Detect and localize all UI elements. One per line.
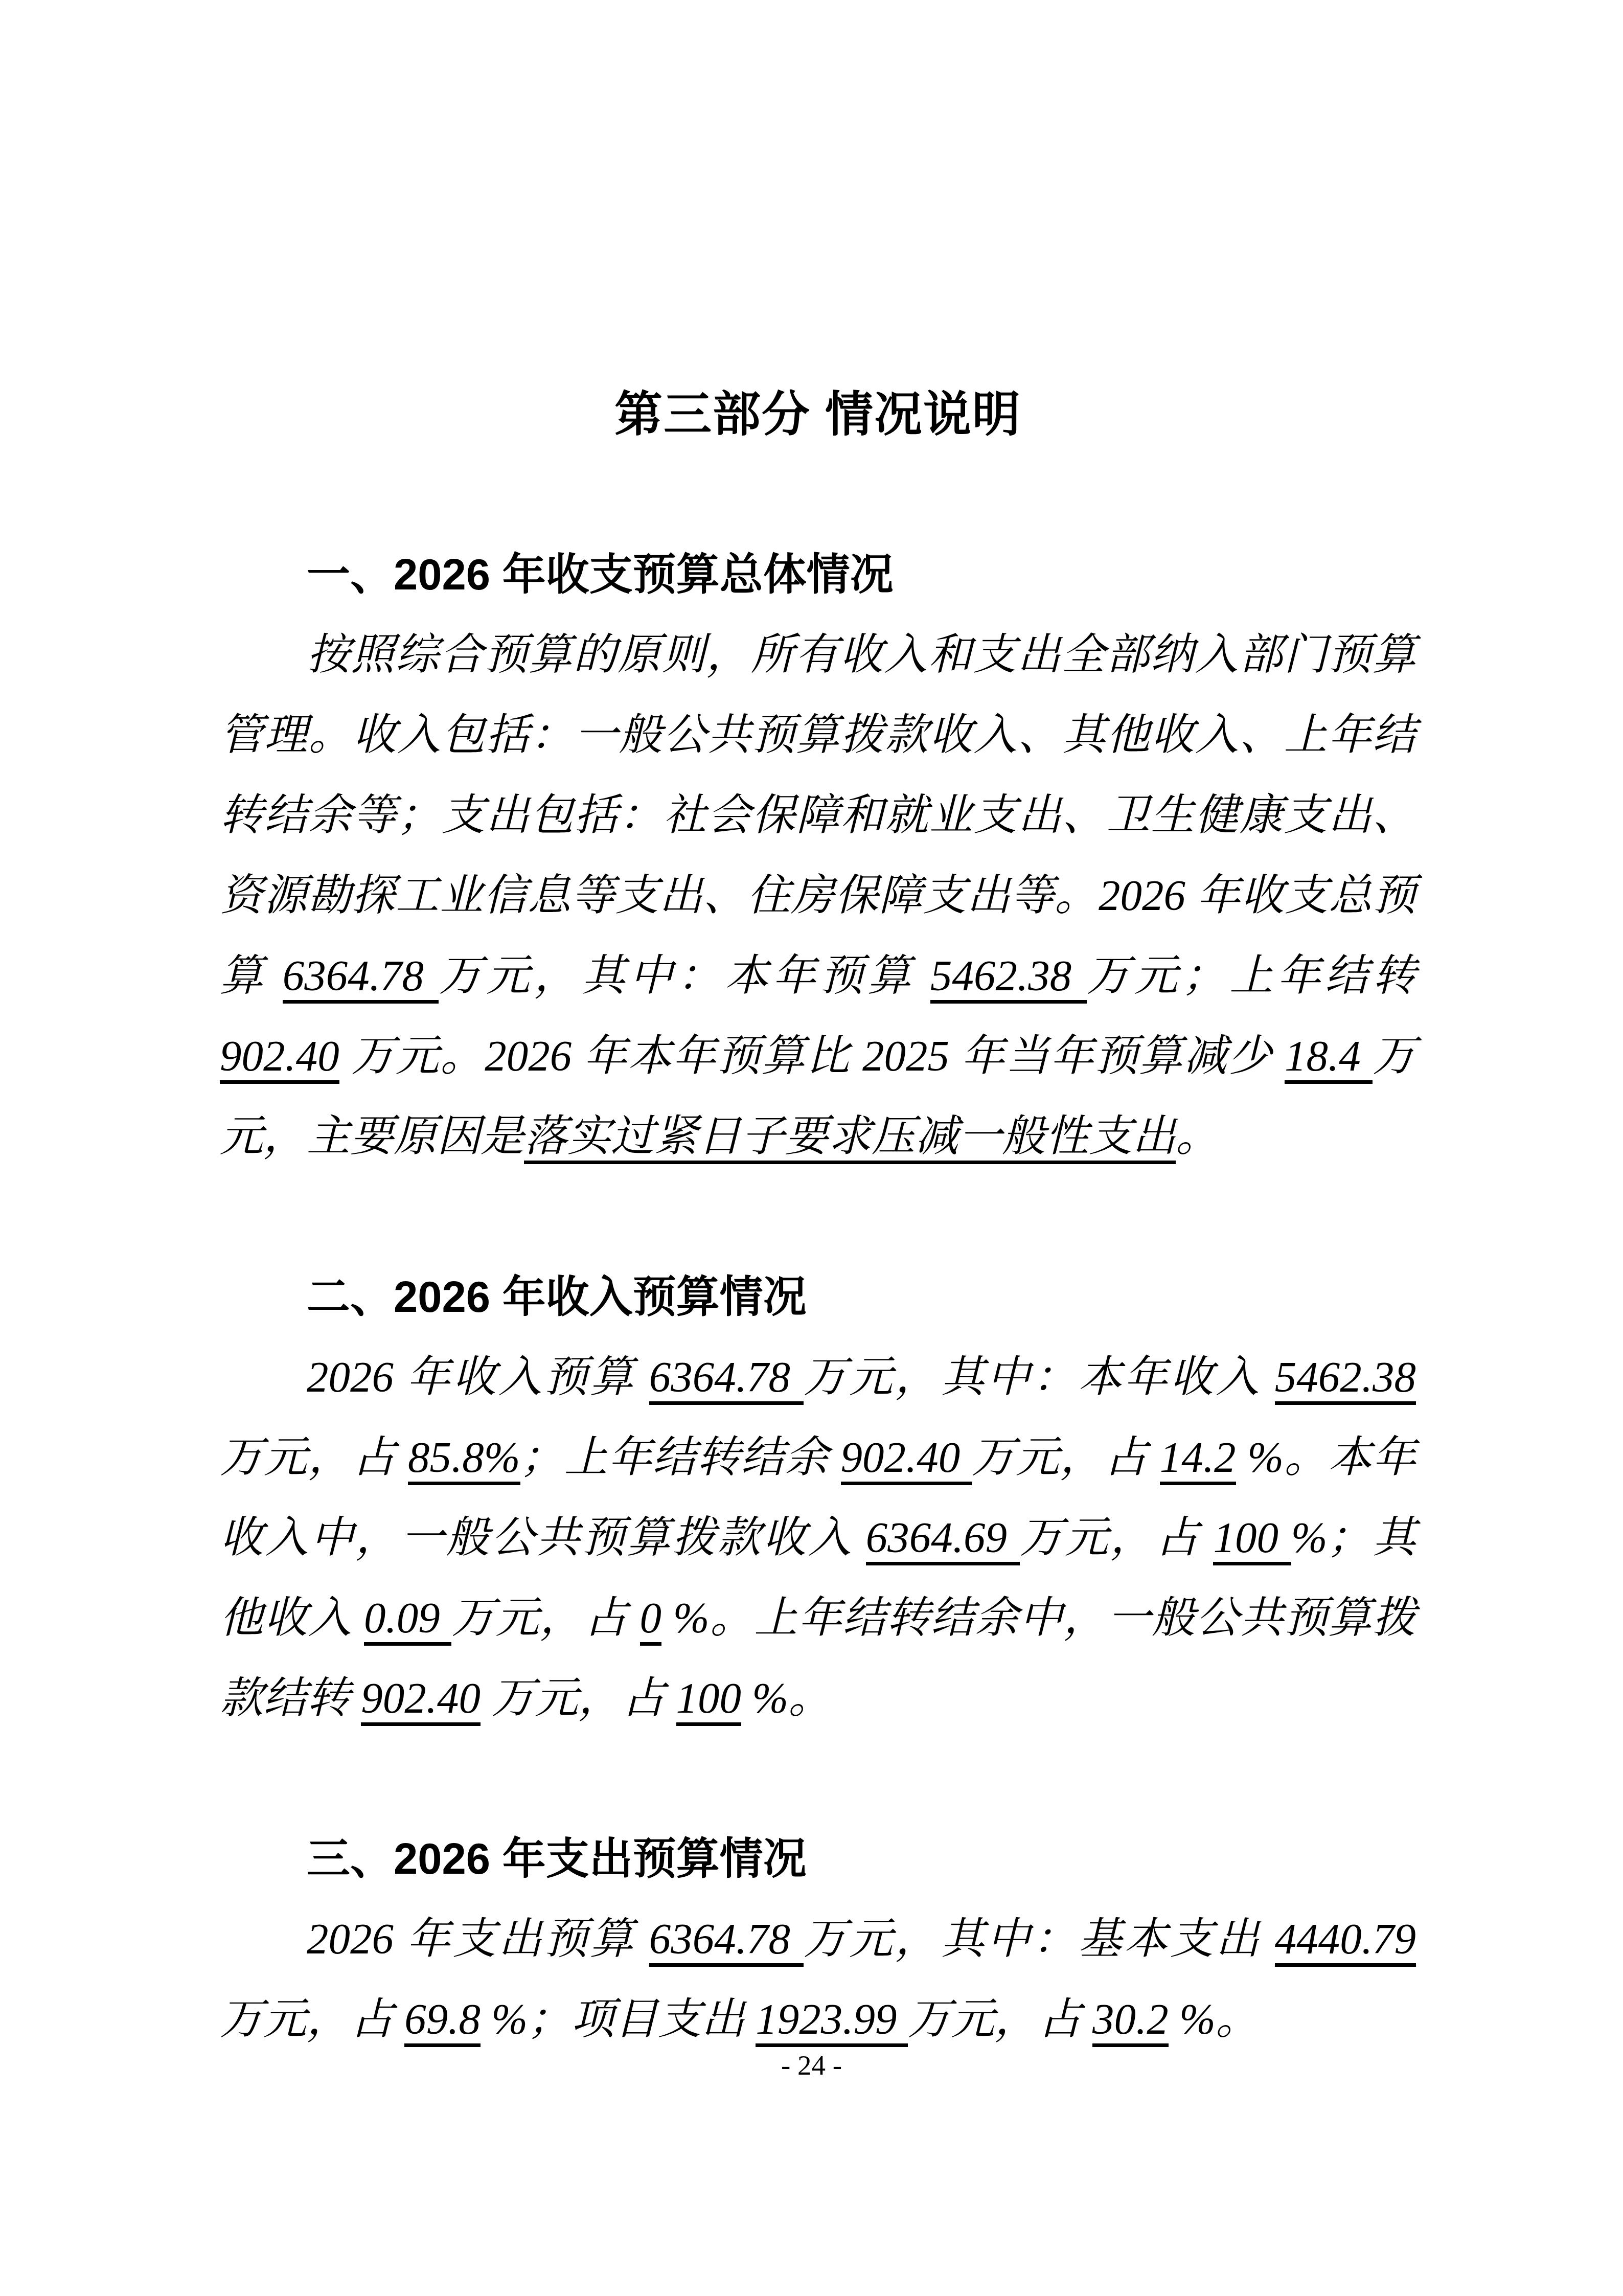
text-run: 万元，占 (451, 1594, 639, 1642)
document-page: 第三部分 情况说明 一、2026 年收支预算总体情况按照综合预算的原则，所有收入… (0, 0, 1623, 2296)
text-run: %；项目支出 (481, 1995, 756, 2043)
section-heading: 三、2026 年支出预算情况 (220, 1819, 1416, 1899)
underlined-value: 0 (640, 1594, 662, 1646)
paragraph: 按照综合预算的原则，所有收入和支出全部纳入部门预算管理。收入包括：一般公共预算拨… (220, 615, 1416, 1177)
text-run: 2026 年收入预算 (307, 1353, 649, 1401)
underlined-value: 902.40 (841, 1434, 972, 1485)
underlined-value: 30.2 (1092, 1995, 1169, 2047)
section-heading: 二、2026 年收入预算情况 (220, 1257, 1416, 1337)
underlined-value: 18.4 (1285, 1032, 1373, 1084)
text-run: 万元，占 (908, 1995, 1092, 2043)
text-run: 万元，占 (220, 1995, 404, 2043)
underlined-value: 6364.78 (649, 1353, 804, 1405)
text-run: 万元，占 (481, 1674, 676, 1722)
section: 一、2026 年收支预算总体情况按照综合预算的原则，所有收入和支出全部纳入部门预… (220, 535, 1416, 1177)
text-run: 万元，占 (972, 1434, 1160, 1482)
text-run: 万元，占 (220, 1434, 408, 1482)
underlined-value: 902.40 (220, 1032, 339, 1084)
underlined-value: 1923.99 (756, 1995, 908, 2047)
sections-container: 一、2026 年收支预算总体情况按照综合预算的原则，所有收入和支出全部纳入部门预… (220, 535, 1416, 2060)
text-run: 万元。2026 年本年预算比 2025 年当年预算减少 (339, 1032, 1285, 1080)
text-run: 万元，其中：基本支出 (804, 1915, 1275, 1963)
underlined-value: 14.2 (1160, 1434, 1236, 1485)
underlined-value: 0.09 (364, 1594, 451, 1646)
underlined-value: 5462.38 (930, 952, 1087, 1004)
text-run: %。 (1169, 1995, 1259, 2043)
text-run: 2026 年支出预算 (307, 1915, 649, 1963)
page-number: - 24 - (0, 2048, 1623, 2083)
underlined-value: 6364.78 (283, 952, 439, 1004)
underlined-value: 6364.78 (649, 1915, 804, 1967)
paragraph: 2026 年收入预算 6364.78 万元，其中：本年收入 5462.38 万元… (220, 1337, 1416, 1739)
text-run: 万元；上年结转 (1087, 952, 1416, 1000)
underlined-value: 4440.79 (1275, 1915, 1416, 1967)
text-run: 万元，其中：本年收入 (804, 1353, 1275, 1401)
page-title: 第三部分 情况说明 (220, 374, 1416, 454)
underlined-value: 100 (1213, 1514, 1291, 1565)
paragraph: 2026 年支出预算 6364.78 万元，其中：基本支出 4440.79 万元… (220, 1899, 1416, 2060)
section-heading: 一、2026 年收支预算总体情况 (220, 535, 1416, 615)
underlined-value: 100 (676, 1674, 742, 1726)
text-run: 万元，占 (1020, 1514, 1214, 1562)
text-run: 万元，其中：本年预算 (439, 952, 930, 1000)
underlined-value: 69.8 (404, 1995, 481, 2047)
section: 三、2026 年支出预算情况2026 年支出预算 6364.78 万元，其中：基… (220, 1819, 1416, 2060)
section: 二、2026 年收入预算情况2026 年收入预算 6364.78 万元，其中：本… (220, 1257, 1416, 1739)
text-run: 按照综合预算的原则，所有收入和支出全部纳入部门预算管理。收入包括：一般公共预算拨… (220, 631, 1416, 1000)
underlined-value: 5462.38 (1275, 1353, 1416, 1405)
text-run: %。 (741, 1674, 832, 1722)
underlined-value: 85.8% (408, 1434, 520, 1485)
text-run: ；上年结转结余 (520, 1434, 841, 1482)
underlined-value: 6364.69 (866, 1514, 1020, 1565)
underlined-value: 902.40 (361, 1674, 481, 1726)
text-run: 。 (1176, 1112, 1219, 1161)
underlined-value: 落实过紧日子要求压减一般性支出 (524, 1112, 1176, 1164)
